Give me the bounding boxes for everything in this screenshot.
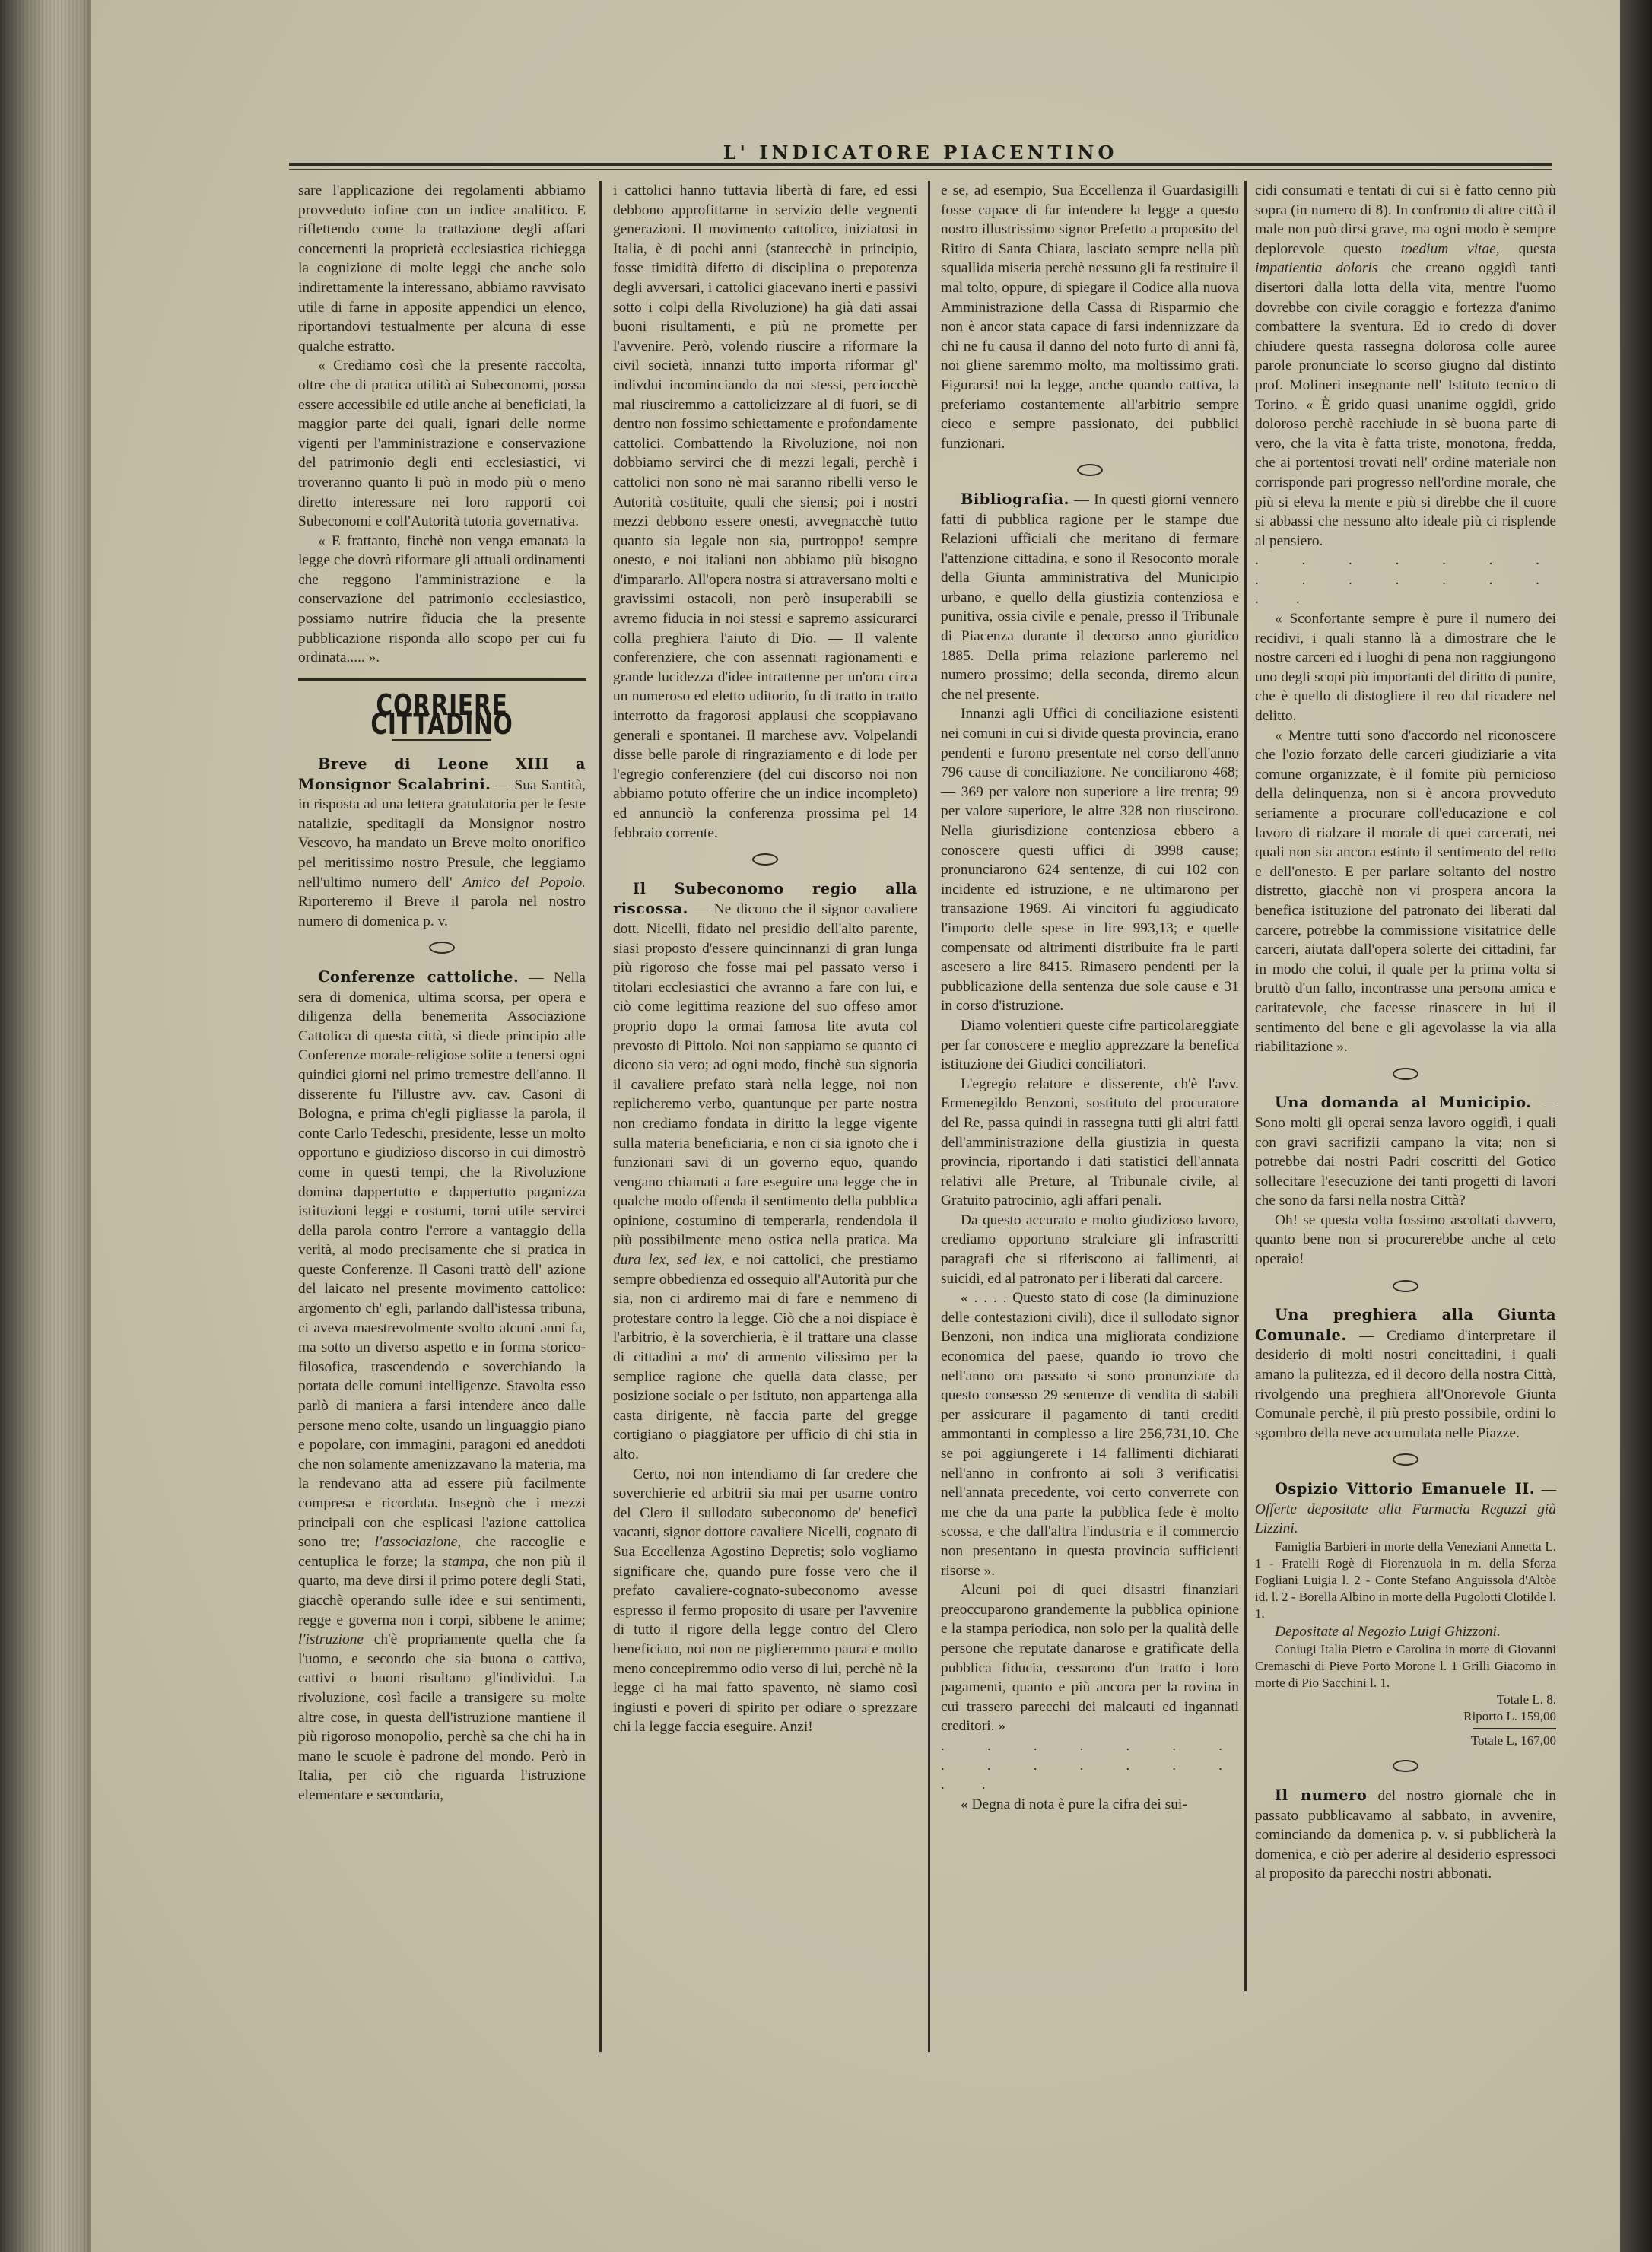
article-text: cidi consumati e tentati di cui si è fat… (1255, 181, 1556, 551)
article-heading: Bibliografia. (961, 491, 1069, 508)
donation-carryover: Riporto L. 159,00 (1255, 1708, 1556, 1725)
article-conferenze: Conferenze cattoliche. — Nella sera di d… (298, 967, 586, 1806)
column-4: cidi consumati e tentati di cui si è fat… (1255, 181, 1556, 1884)
article-subeconomo: Il Subeconomo regio alla riscossa. — Ne … (613, 879, 917, 1465)
article-text: Certo, noi non intendiamo di far credere… (613, 1465, 917, 1737)
ornament-icon (1255, 1758, 1556, 1778)
article-text: « Crediamo così che la presente raccolta… (298, 356, 586, 531)
article-heading: Una domanda al Municipio. (1275, 1094, 1531, 1111)
ornament-icon (613, 852, 917, 872)
masthead-rule (289, 163, 1552, 166)
article-preghiera: Una preghiera alla Giunta Comunale. — Cr… (1255, 1305, 1556, 1443)
article-text: e se, ad esempio, Sua Eccellenza il Guar… (941, 181, 1239, 453)
article-text: « Degna di nota è pure la cifra dei sui- (941, 1795, 1239, 1815)
section-title: CORRIERE CITTADINO (330, 696, 554, 735)
article-text: i cattolici hanno tuttavia libertà di fa… (613, 181, 917, 843)
column-divider (599, 181, 602, 2052)
donation-list: Coniugi Italia Pietro e Carolina in mort… (1255, 1641, 1556, 1691)
ellipsis-dots: . . . . . . . . . . . . . . . . (941, 1736, 1239, 1795)
donation-total: Totale L, 167,00 (1255, 1733, 1556, 1749)
article-domanda: Una domanda al Municipio. — Sono molti g… (1255, 1093, 1556, 1211)
donation-list: Famiglia Barbieri in morte della Venezia… (1255, 1539, 1556, 1622)
article-text: Oh! se questa volta fossimo ascoltati da… (1255, 1211, 1556, 1269)
article-text: Innanzi agli Uffici di conciliazione esi… (941, 704, 1239, 1016)
ornament-icon (1255, 1278, 1556, 1298)
article-bibliografia: Bibliografia. — In questi giorni vennero… (941, 490, 1239, 705)
article-heading: Conferenze cattoliche. (318, 968, 519, 986)
ellipsis-dots: . . . . . . . . . . . . . . . . (1255, 551, 1556, 609)
column-1: sare l'applicazione dei regolamenti abbi… (298, 181, 586, 1806)
section-divider (298, 678, 586, 681)
ornament-icon (1255, 1452, 1556, 1472)
column-2: i cattolici hanno tuttavia libertà di fa… (613, 181, 917, 1737)
article-text: Diamo volentieri queste cifre particolar… (941, 1016, 1239, 1075)
article-text: « . . . . Questo stato di cose (la dimin… (941, 1288, 1239, 1580)
article-text: « Mentre tutti sono d'accordo nel ricono… (1255, 726, 1556, 1057)
ornament-icon (1255, 1066, 1556, 1086)
donation-subheading: Depositate al Negozio Luigi Ghizzoni. (1255, 1622, 1556, 1642)
donation-subtotal: Totale L. 8. (1255, 1691, 1556, 1708)
total-rule (1473, 1728, 1556, 1729)
article-text: Da questo accurato e molto giudizioso la… (941, 1211, 1239, 1288)
masthead: L' INDICATORE PIACENTINO (289, 141, 1552, 164)
ornament-icon (298, 940, 586, 960)
article-text: sare l'applicazione dei regolamenti abbi… (298, 181, 586, 356)
newspaper-title: L' INDICATORE PIACENTINO (723, 141, 1118, 164)
column-divider (928, 181, 930, 2052)
article-text: « Sconfortante sempre è pure il numero d… (1255, 609, 1556, 726)
masthead-rule-thin (289, 169, 1552, 170)
article-numero: Il numero del nostro giornale che in pas… (1255, 1786, 1556, 1884)
column-divider (1244, 181, 1247, 1991)
ornament-icon (941, 462, 1239, 482)
article-breve: Breve di Leone XIII a Monsignor Scalabri… (298, 754, 586, 931)
book-page-edges (0, 0, 99, 2252)
column-3: e se, ad esempio, Sua Eccellenza il Guar… (941, 181, 1239, 1814)
article-text: Alcuni poi di quei disastri finanziari p… (941, 1580, 1239, 1736)
article-heading: Il numero (1275, 1787, 1367, 1804)
article-text: « E frattanto, finchè non venga emanata … (298, 532, 586, 668)
article-heading: Ospizio Vittorio Emanuele II. (1275, 1480, 1535, 1498)
article-ospizio: Ospizio Vittorio Emanuele II. — Offerte … (1255, 1479, 1556, 1539)
article-text: L'egregio relatore e disserente, ch'è l'… (941, 1075, 1239, 1211)
